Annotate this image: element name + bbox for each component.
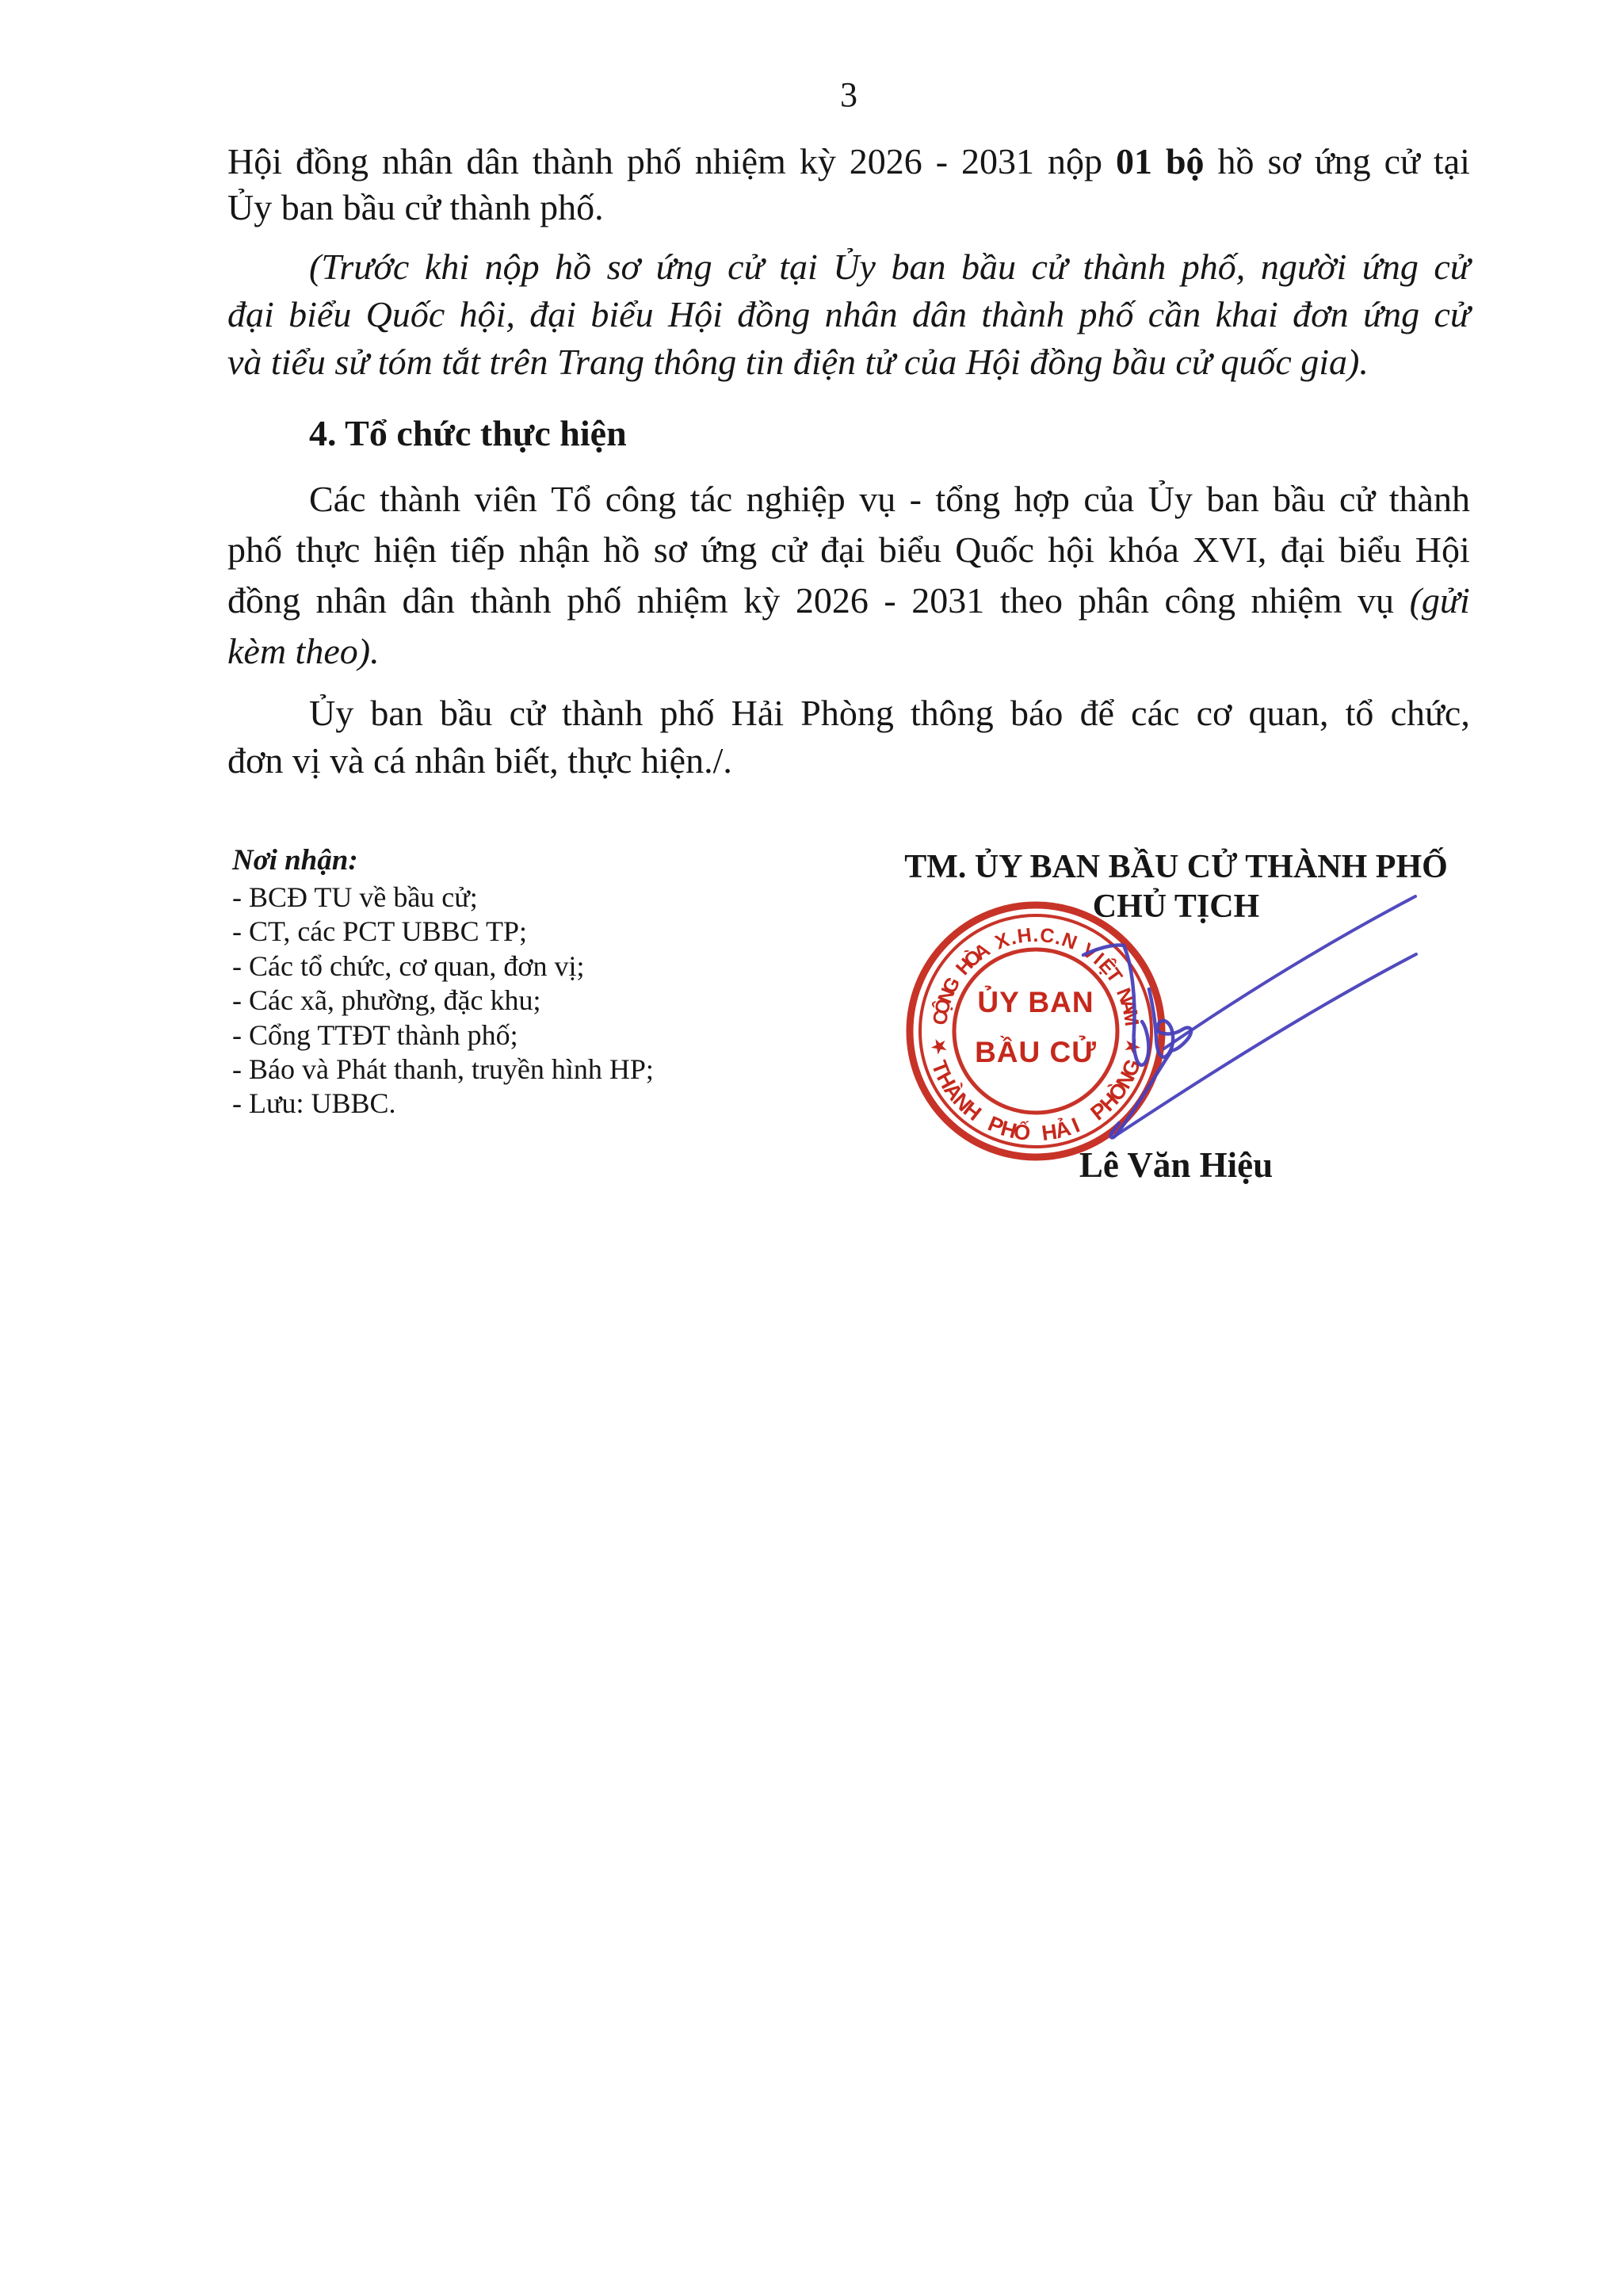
- text-run: Tổ: [551, 474, 591, 525]
- text-run: đại: [1281, 525, 1325, 575]
- text-run: nhân: [382, 139, 453, 185]
- text-run: Hải: [731, 690, 784, 737]
- text-run: 2026: [796, 575, 869, 626]
- text-run: ứng: [1315, 139, 1371, 185]
- recipients-list: - BCĐ TU về bầu cử;- CT, các PCT UBBC TP…: [232, 881, 654, 1121]
- text-run: tiếp: [450, 525, 505, 575]
- text-run: đại: [529, 291, 576, 338]
- text-run: thành: [562, 690, 643, 737]
- text-run: phân: [1079, 575, 1149, 626]
- text-run: thực: [296, 525, 360, 575]
- text-run: cử: [510, 690, 545, 737]
- text-run: nhiệm: [637, 575, 728, 626]
- text-run: hồ: [1218, 139, 1254, 185]
- text-run: kỳ: [800, 139, 836, 185]
- text-run: thành: [1389, 474, 1470, 525]
- text-run: nghiệp: [747, 474, 846, 525]
- text-run: tổ: [1346, 690, 1374, 737]
- seal-arc-char: Ố: [1012, 1118, 1032, 1146]
- text-run: dân: [466, 139, 518, 185]
- recipient-item: - Lưu: UBBC.: [232, 1087, 654, 1121]
- text-run: viên: [475, 474, 537, 525]
- text-run: (Trước: [309, 243, 409, 291]
- text-run: thành: [380, 474, 460, 525]
- text-run: ứng: [701, 525, 757, 575]
- text-run: bầu: [440, 690, 492, 737]
- text-run: cử: [727, 243, 764, 291]
- text-run: của: [1083, 474, 1134, 525]
- text-run: sơ: [1267, 139, 1300, 185]
- text-line: kèm theo).: [227, 626, 1470, 677]
- text-run: đồng: [227, 575, 300, 626]
- text-run: người: [1261, 243, 1346, 291]
- text-line: đạibiểuQuốchội,đạibiểuHộiđồngnhândânthàn…: [227, 291, 1470, 338]
- seal-arc-char: C: [1039, 924, 1056, 948]
- text-run: cử: [771, 525, 807, 575]
- handwritten-signature: [1083, 896, 1416, 1137]
- recipient-item: - Báo và Phát thanh, truyền hình HP;: [232, 1052, 654, 1087]
- text-run: tại: [1434, 139, 1470, 185]
- text-run: hội: [1048, 525, 1094, 575]
- recipients-label: Nơi nhận:: [232, 843, 358, 877]
- text-line: Ủy ban bầu cử thành phố.: [227, 185, 1470, 231]
- text-run: cử: [1384, 139, 1420, 185]
- recipient-item: - Các xã, phường, đặc khu;: [232, 984, 654, 1018]
- text-run: cơ: [1197, 690, 1232, 737]
- text-run: phố: [627, 139, 682, 185]
- page-number: 3: [227, 74, 1470, 115]
- text-run: nhiệm: [1251, 575, 1342, 626]
- text-run: các: [1131, 690, 1179, 737]
- text-run: thành: [533, 139, 613, 185]
- text-run: nhiệm: [695, 139, 786, 185]
- text-line: ỦybanbầucửthànhphốHảiPhòngthôngbáođểcácc…: [227, 690, 1470, 737]
- text-run: hợp: [1014, 474, 1070, 525]
- text-run: thông: [911, 690, 994, 737]
- text-line: 4. Tổ chức thực hiện: [227, 412, 1470, 455]
- text-run: Ủy: [1148, 474, 1193, 525]
- text-run: đại: [820, 525, 865, 575]
- text-run: cử: [1031, 243, 1067, 291]
- text-run: hội,: [460, 291, 515, 338]
- recipient-item: - Các tổ chức, cơ quan, đơn vị;: [232, 949, 654, 984]
- text-run: đồng: [737, 291, 810, 338]
- text-run: dân: [912, 291, 967, 338]
- text-run: công: [1165, 575, 1235, 626]
- signer-name: Lê Văn Hiệu: [843, 1144, 1509, 1186]
- text-line: Hộiđồngnhândânthànhphốnhiệmkỳ2026-2031nộ…: [227, 139, 1470, 185]
- text-run: vụ: [859, 474, 896, 525]
- text-run: phố: [1079, 291, 1133, 338]
- text-run: nhân: [825, 291, 898, 338]
- text-run: Hội: [227, 139, 282, 185]
- text-run: ban: [891, 243, 945, 291]
- text-run: nhân: [316, 575, 387, 626]
- text-run: biểu: [288, 291, 351, 338]
- text-run: cử: [1434, 291, 1470, 338]
- text-run: hiện: [374, 525, 437, 575]
- text-run: -: [884, 575, 896, 626]
- text-run: phố: [567, 575, 621, 626]
- text-run: bầu: [961, 243, 1016, 291]
- text-run: Ủy: [833, 243, 876, 291]
- text-run: Ủy ban bầu cử thành phố.: [227, 187, 604, 227]
- seal-arc-char: ★: [926, 1036, 952, 1058]
- text-run: biểu: [879, 525, 941, 575]
- recipient-item: - Cổng TTĐT thành phố;: [232, 1018, 654, 1052]
- text-run: tại: [779, 243, 818, 291]
- text-run: biểu: [590, 291, 653, 338]
- text-run: hồ: [603, 525, 640, 575]
- recipient-item: - BCĐ TU về bầu cử;: [232, 881, 654, 915]
- text-run: bầu: [1273, 474, 1325, 525]
- text-run: cần: [1148, 291, 1201, 338]
- para-closing: ỦybanbầucửthànhphốHảiPhòngthôngbáođểcácc…: [227, 690, 1470, 785]
- text-run: theo: [1000, 575, 1063, 626]
- text-run: Quốc: [955, 525, 1034, 575]
- text-run: Ủy: [309, 690, 353, 737]
- text-run: tác: [690, 474, 733, 525]
- text-run: để: [1080, 690, 1114, 737]
- text-run: ứng: [656, 243, 712, 291]
- text-run: và tiểu sử tóm tắt trên Trang thông tin …: [227, 342, 1369, 382]
- text-run: vụ: [1358, 575, 1394, 626]
- seal-center-line1: ỦY BAN: [977, 985, 1094, 1018]
- text-run: ban: [1206, 474, 1258, 525]
- text-run: bộ: [1166, 139, 1205, 185]
- text-run: 2031: [961, 139, 1034, 185]
- text-line: (TrướckhinộphồsơứngcửtạiỦybanbầucửthànhp…: [227, 243, 1470, 291]
- red-seal-stamp: CỘNGHÒAX.H.C.NVIỆTNAM THÀNHPHỐHẢIPHÒNG ★…: [910, 905, 1162, 1157]
- text-line: đồngnhândânthànhphốnhiệmkỳ2026-2031theop…: [227, 575, 1470, 626]
- text-run: sơ: [607, 243, 640, 291]
- text-run: -: [936, 139, 948, 185]
- text-run: ứng: [1362, 243, 1419, 291]
- text-run: (gửi: [1410, 575, 1470, 626]
- text-run: khai: [1216, 291, 1278, 338]
- seal-arc-char: .: [1033, 924, 1039, 946]
- para-continuation: Hộiđồngnhândânthànhphốnhiệmkỳ2026-2031nộ…: [227, 139, 1470, 231]
- text-run: đồng: [296, 139, 369, 185]
- text-run: báo: [1010, 690, 1063, 737]
- text-run: đơn: [1293, 291, 1349, 338]
- text-run: 2031: [911, 575, 984, 626]
- text-line: đơn vị và cá nhân biết, thực hiện./.: [227, 737, 1470, 785]
- text-run: chức,: [1391, 690, 1470, 737]
- text-run: dân: [403, 575, 455, 626]
- text-run: ứng: [1363, 291, 1419, 338]
- text-run: Quốc: [366, 291, 445, 338]
- text-run: tổng: [935, 474, 1000, 525]
- text-run: quan,: [1249, 690, 1329, 737]
- text-run: thành: [981, 291, 1064, 338]
- text-run: hồ: [555, 243, 591, 291]
- text-run: biểu: [1338, 525, 1401, 575]
- text-run: phố: [227, 525, 282, 575]
- text-run: thành: [470, 575, 551, 626]
- seal-inner-ring: [954, 949, 1117, 1113]
- text-run: kỳ: [743, 575, 780, 626]
- recipient-item: - CT, các PCT UBBC TP;: [232, 915, 654, 949]
- text-run: cử: [1434, 243, 1470, 291]
- text-run: khi: [425, 243, 469, 291]
- text-run: phố: [660, 690, 715, 737]
- text-run: XVI,: [1193, 525, 1266, 575]
- seal-arc-char: M: [1119, 1008, 1144, 1028]
- heading-section-4: 4. Tổ chức thực hiện: [227, 412, 1470, 455]
- text-run: nộp: [485, 243, 540, 291]
- text-run: đơn vị và cá nhân biết, thực hiện./.: [227, 740, 732, 781]
- text-run: Hội: [668, 291, 723, 338]
- text-run: -: [910, 474, 922, 525]
- official-seal-and-signature: CỘNGHÒAX.H.C.NVIỆTNAM THÀNHPHỐHẢIPHÒNG ★…: [872, 868, 1474, 1185]
- text-run: phố,: [1182, 243, 1246, 291]
- text-run: 2026: [850, 139, 922, 185]
- text-line: và tiểu sử tóm tắt trên Trang thông tin …: [227, 338, 1470, 386]
- text-run: công: [605, 474, 676, 525]
- text-line: CácthànhviênTổcôngtácnghiệpvụ-tổnghợpcủa…: [227, 474, 1470, 525]
- text-run: kèm theo).: [227, 631, 380, 671]
- text-run: Phòng: [800, 690, 894, 737]
- text-run: đại: [227, 291, 274, 338]
- text-run: sơ: [654, 525, 687, 575]
- document-page: { "page": { "number": "3" }, "body": { "…: [0, 0, 1623, 2296]
- text-run: 4. Tổ chức thực hiện: [309, 413, 627, 453]
- text-run: thành: [1083, 243, 1167, 291]
- seal-center-line2: BẦU CỬ: [975, 1035, 1097, 1068]
- text-run: nộp: [1048, 139, 1102, 185]
- seal-arc-char: H: [1016, 924, 1033, 948]
- text-run: nhận: [519, 525, 590, 575]
- para-note-italic: (TrướckhinộphồsơứngcửtạiỦybanbầucửthànhp…: [227, 243, 1470, 386]
- text-run: khóa: [1108, 525, 1178, 575]
- text-run: cử: [1339, 474, 1375, 525]
- text-line: phốthựchiệntiếpnhậnhồsơứngcửđạibiểuQuốch…: [227, 525, 1470, 575]
- text-run: Các: [309, 474, 366, 525]
- text-run: ban: [370, 690, 422, 737]
- para-implementation: CácthànhviênTổcôngtácnghiệpvụ-tổnghợpcủa…: [227, 474, 1470, 677]
- text-run: 01: [1116, 139, 1152, 185]
- text-run: Hội: [1415, 525, 1470, 575]
